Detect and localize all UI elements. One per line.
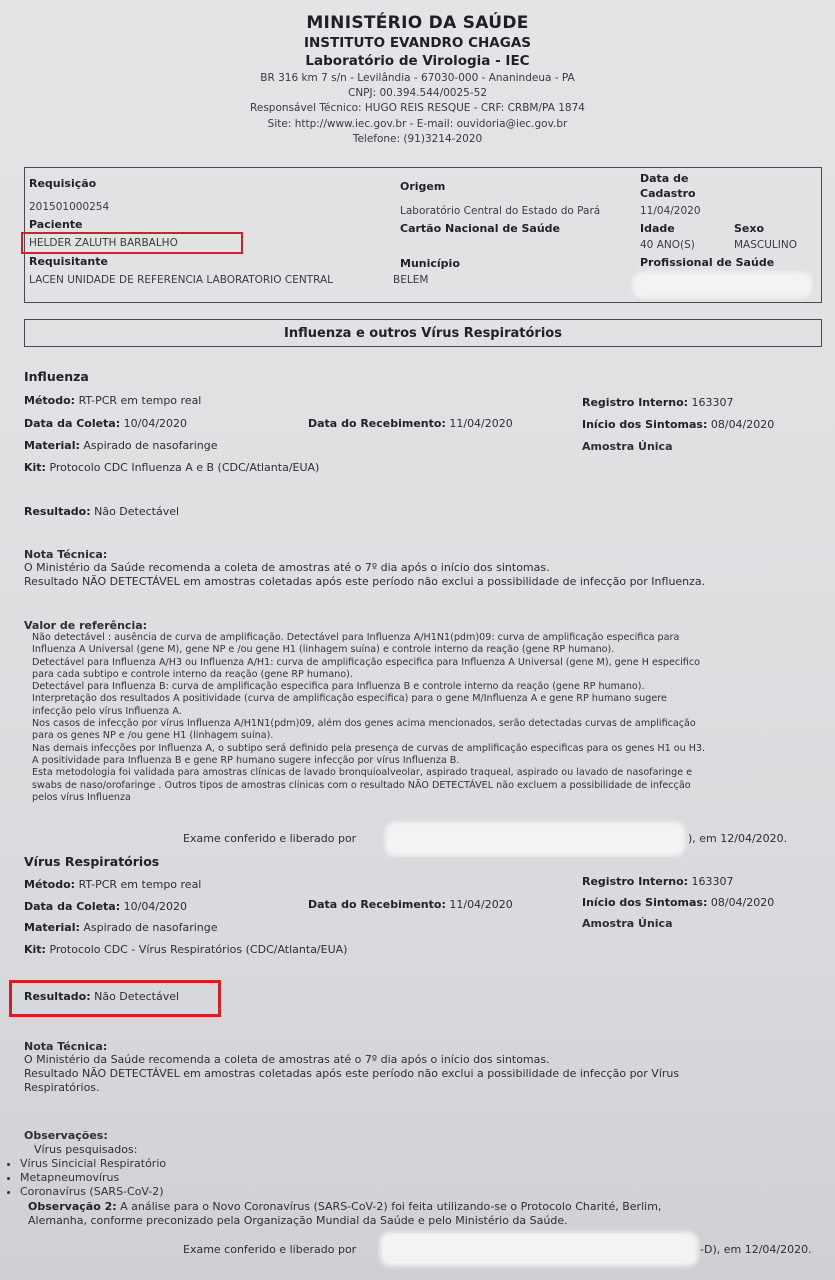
- resp-nota-line1: O Ministério da Saúde recomenda a coleta…: [24, 1053, 550, 1066]
- cnpj: CNPJ: 00.394.544/0025-52: [0, 87, 835, 99]
- obs-item: Coronavírus (SARS-CoV-2): [20, 1185, 166, 1199]
- resp-resultado-label: Resultado:: [24, 990, 91, 1003]
- section-title: Influenza e outros Vírus Respiratórios: [24, 326, 822, 341]
- resp-kit-label: Kit:: [24, 943, 46, 956]
- obs-virus-list: Vírus Sincicial Respiratório Metapneumov…: [8, 1157, 166, 1199]
- idade-label: Idade: [640, 222, 675, 235]
- requisitante-value: LACEN UNIDADE DE REFERENCIA LABORATORIO …: [29, 274, 333, 286]
- inf-release-suffix: ), em 12/04/2020.: [688, 832, 787, 845]
- inf-resultado-value: Não Detectável: [94, 505, 179, 518]
- lab-title: Laboratório de Virologia - IEC: [0, 53, 835, 69]
- sexo-label: Sexo: [734, 222, 764, 235]
- inf-recebimento-value: 11/04/2020: [449, 417, 512, 430]
- data-cadastro-label-1: Data de: [640, 172, 688, 185]
- redacted-releaser-1: [385, 822, 685, 856]
- inf-release-prefix: Exame conferido e liberado por: [183, 832, 356, 845]
- inf-recebimento-label: Data do Recebimento:: [308, 417, 446, 430]
- inf-material-value: Aspirado de nasofaringe: [83, 439, 217, 452]
- inf-metodo-value: RT-PCR em tempo real: [79, 394, 202, 407]
- inf-metodo-label: Método:: [24, 394, 75, 407]
- inf-sintomas-value: 08/04/2020: [711, 418, 774, 431]
- patient-name-highlight: [21, 232, 243, 254]
- resp-release-prefix: Exame conferido e liberado por: [183, 1243, 356, 1256]
- ministry-title: MINISTÉRIO DA SAÚDE: [0, 13, 835, 33]
- obs-item: Metapneumovírus: [20, 1171, 166, 1185]
- resp-nota-line2: Resultado NÃO DETECTÁVEL em amostras col…: [24, 1067, 679, 1080]
- data-cadastro-value: 11/04/2020: [640, 205, 701, 217]
- resp-sintomas-label: Início dos Sintomas:: [582, 896, 707, 909]
- profissional-label: Profissional de Saúde: [640, 256, 774, 269]
- redacted-releaser-2: [380, 1232, 698, 1266]
- inf-nota-line1: O Ministério da Saúde recomenda a coleta…: [24, 561, 550, 574]
- inf-registro-value: 163307: [692, 396, 734, 409]
- origem-label: Origem: [400, 180, 445, 193]
- inf-material-label: Material:: [24, 439, 80, 452]
- lab-report-page: MINISTÉRIO DA SAÚDE INSTITUTO EVANDRO CH…: [0, 0, 835, 1280]
- origem-value: Laboratório Central do Estado do Pará: [400, 205, 600, 217]
- resp-nota-label: Nota Técnica:: [24, 1040, 107, 1053]
- paciente-label: Paciente: [29, 218, 83, 231]
- resp-nota-line3: Respiratórios.: [24, 1081, 100, 1094]
- inf-sintomas-label: Início dos Sintomas:: [582, 418, 707, 431]
- obs-item: Vírus Sincicial Respiratório: [20, 1157, 166, 1171]
- reference-text: Não detectável : ausência de curva de am…: [32, 632, 705, 804]
- resp-registro-label: Registro Interno:: [582, 875, 688, 888]
- municipio-label: Município: [400, 257, 460, 270]
- respiratory-title: Vírus Respiratórios: [24, 854, 159, 869]
- inf-amostra: Amostra Única: [582, 440, 673, 453]
- resp-metodo-label: Método:: [24, 878, 75, 891]
- inf-coleta-label: Data da Coleta:: [24, 417, 120, 430]
- obs2-label: Observação 2:: [28, 1200, 117, 1213]
- influenza-title: Influenza: [24, 369, 89, 384]
- requisitante-label: Requisitante: [29, 255, 108, 268]
- resp-amostra: Amostra Única: [582, 917, 673, 930]
- institute-title: INSTITUTO EVANDRO CHAGAS: [0, 35, 835, 51]
- site-email: Site: http://www.iec.gov.br - E-mail: ou…: [0, 118, 835, 130]
- ref-label: Valor de referência:: [24, 619, 147, 632]
- phone: Telefone: (91)3214-2020: [0, 133, 835, 145]
- municipio-value: BELEM: [393, 274, 428, 286]
- address: BR 316 km 7 s/n - Levilândia - 67030-000…: [0, 72, 835, 84]
- resp-sintomas-value: 08/04/2020: [711, 896, 774, 909]
- resp-material-value: Aspirado de nasofaringe: [83, 921, 217, 934]
- idade-value: 40 ANO(S): [640, 239, 695, 251]
- obs-label: Observações:: [24, 1129, 108, 1142]
- inf-nota-line2: Resultado NÃO DETECTÁVEL em amostras col…: [24, 575, 705, 588]
- inf-kit-label: Kit:: [24, 461, 46, 474]
- responsible-technician: Responsável Técnico: HUGO REIS RESQUE - …: [0, 102, 835, 114]
- resp-recebimento-label: Data do Recebimento:: [308, 898, 446, 911]
- inf-coleta-value: 10/04/2020: [124, 417, 187, 430]
- resp-resultado-value: Não Detectável: [94, 990, 179, 1003]
- resp-metodo-value: RT-PCR em tempo real: [79, 878, 202, 891]
- cartao-label: Cartão Nacional de Saúde: [400, 222, 560, 235]
- obs2-line1: A análise para o Novo Coronavírus (SARS-…: [120, 1200, 661, 1213]
- resp-release-suffix: -D), em 12/04/2020.: [700, 1243, 812, 1256]
- redacted-professional: [632, 272, 812, 298]
- data-cadastro-label-2: Cadastro: [640, 187, 696, 200]
- requisicao-value: 201501000254: [29, 201, 109, 213]
- obs-intro: Vírus pesquisados:: [34, 1143, 137, 1156]
- resp-coleta-value: 10/04/2020: [124, 900, 187, 913]
- requisicao-label: Requisição: [29, 177, 96, 190]
- inf-registro-label: Registro Interno:: [582, 396, 688, 409]
- sexo-value: MASCULINO: [734, 239, 797, 251]
- resp-coleta-label: Data da Coleta:: [24, 900, 120, 913]
- inf-kit-value: Protocolo CDC Influenza A e B (CDC/Atlan…: [49, 461, 319, 474]
- inf-resultado-label: Resultado:: [24, 505, 91, 518]
- resp-recebimento-value: 11/04/2020: [449, 898, 512, 911]
- resp-material-label: Material:: [24, 921, 80, 934]
- resp-kit-value: Protocolo CDC - Vírus Respiratórios (CDC…: [49, 943, 347, 956]
- inf-nota-label: Nota Técnica:: [24, 548, 107, 561]
- resp-registro-value: 163307: [692, 875, 734, 888]
- obs2-line2: Alemanha, conforme preconizado pela Orga…: [28, 1214, 568, 1227]
